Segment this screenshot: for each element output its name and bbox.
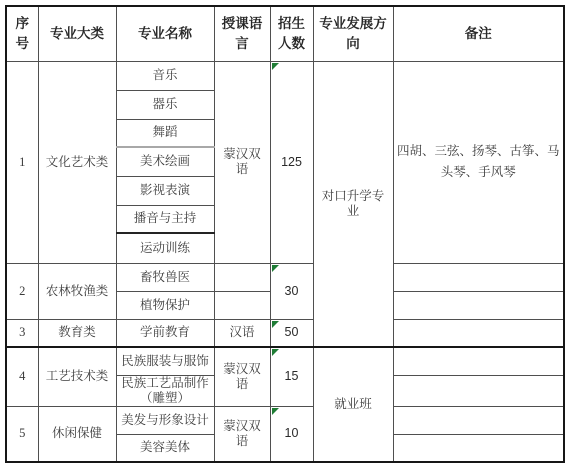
- table-row: 5 休闲保健 美发与形象设计 蒙汉双语 10: [6, 406, 564, 434]
- table-row: 1 文化艺术类 音乐 蒙汉双语 125 对口升学专业 四胡、三弦、扬琴、古筝、马…: [6, 61, 564, 90]
- major-cell: 民族服装与服饰: [116, 347, 214, 375]
- enrollment-value: 50: [285, 325, 299, 339]
- table-row: 4 工艺技术类 民族服装与服饰 蒙汉双语 15 就业班: [6, 347, 564, 375]
- language-cell: 蒙汉双语: [214, 406, 270, 462]
- major-cell: 植物保护: [116, 291, 214, 319]
- category-cell: 工艺技术类: [38, 347, 116, 406]
- major-cell: 学前教育: [116, 319, 214, 347]
- col-header-enrollment: 招生人数: [270, 6, 313, 61]
- direction-cell: 就业班: [313, 347, 393, 462]
- header-row: 序号 专业大类 专业名称 授课语言 招生人数 专业发展方向 备注: [6, 6, 564, 61]
- col-header-direction: 专业发展方向: [313, 6, 393, 61]
- error-triangle-icon: [272, 408, 279, 415]
- seq-cell: 2: [6, 263, 38, 319]
- major-cell: 美术绘画: [116, 147, 214, 176]
- major-cell: 民族工艺品制作（雕塑）: [116, 375, 214, 406]
- table-row: 2 农林牧渔类 畜牧兽医 30: [6, 263, 564, 291]
- direction-cell: 对口升学专业: [313, 61, 393, 347]
- category-cell: 农林牧渔类: [38, 263, 116, 319]
- language-cell: 汉语: [214, 319, 270, 347]
- enrollment-value: 30: [285, 284, 299, 298]
- remark-cell: [393, 347, 564, 375]
- seq-cell: 1: [6, 61, 38, 263]
- language-cell: 蒙汉双语: [214, 61, 270, 263]
- col-header-remark: 备注: [393, 6, 564, 61]
- enrollment-cell: 15: [270, 347, 313, 406]
- major-cell: 播音与主持: [116, 205, 214, 233]
- error-triangle-icon: [272, 321, 279, 328]
- major-cell: 美发与形象设计: [116, 406, 214, 434]
- enrollment-cell: 50: [270, 319, 313, 347]
- error-triangle-icon: [272, 349, 279, 356]
- error-triangle-icon: [272, 63, 279, 70]
- table-row: 3 教育类 学前教育 汉语 50: [6, 319, 564, 347]
- category-cell: 文化艺术类: [38, 61, 116, 263]
- major-cell: 美容美体: [116, 434, 214, 462]
- enrollment-table: 序号 专业大类 专业名称 授课语言 招生人数 专业发展方向 备注 1 文化艺术类…: [5, 5, 565, 463]
- enrollment-value: 10: [285, 426, 299, 440]
- remark-cell: 四胡、三弦、扬琴、古筝、马头琴、手风琴: [393, 61, 564, 263]
- remark-cell: [393, 291, 564, 319]
- category-cell: 休闲保健: [38, 406, 116, 462]
- remark-cell: [393, 434, 564, 462]
- remark-cell: [393, 406, 564, 434]
- major-cell: 器乐: [116, 90, 214, 119]
- enrollment-cell: 30: [270, 263, 313, 319]
- remark-cell: [393, 375, 564, 406]
- language-cell: [214, 263, 270, 291]
- col-header-seq: 序号: [6, 6, 38, 61]
- col-header-language: 授课语言: [214, 6, 270, 61]
- enrollment-value: 125: [281, 155, 302, 169]
- enrollment-value: 15: [285, 369, 299, 383]
- seq-cell: 5: [6, 406, 38, 462]
- enrollment-cell: 10: [270, 406, 313, 462]
- seq-cell: 4: [6, 347, 38, 406]
- language-cell: [214, 291, 270, 319]
- remark-cell: [393, 263, 564, 291]
- major-cell: 舞蹈: [116, 119, 214, 147]
- enrollment-cell: 125: [270, 61, 313, 263]
- seq-cell: 3: [6, 319, 38, 347]
- major-cell: 音乐: [116, 61, 214, 90]
- category-cell: 教育类: [38, 319, 116, 347]
- col-header-major-name: 专业名称: [116, 6, 214, 61]
- language-cell: 蒙汉双语: [214, 347, 270, 406]
- major-cell: 畜牧兽医: [116, 263, 214, 291]
- remark-cell: [393, 319, 564, 347]
- error-triangle-icon: [272, 265, 279, 272]
- major-cell: 运动训练: [116, 233, 214, 263]
- col-header-category: 专业大类: [38, 6, 116, 61]
- major-cell: 影视表演: [116, 176, 214, 205]
